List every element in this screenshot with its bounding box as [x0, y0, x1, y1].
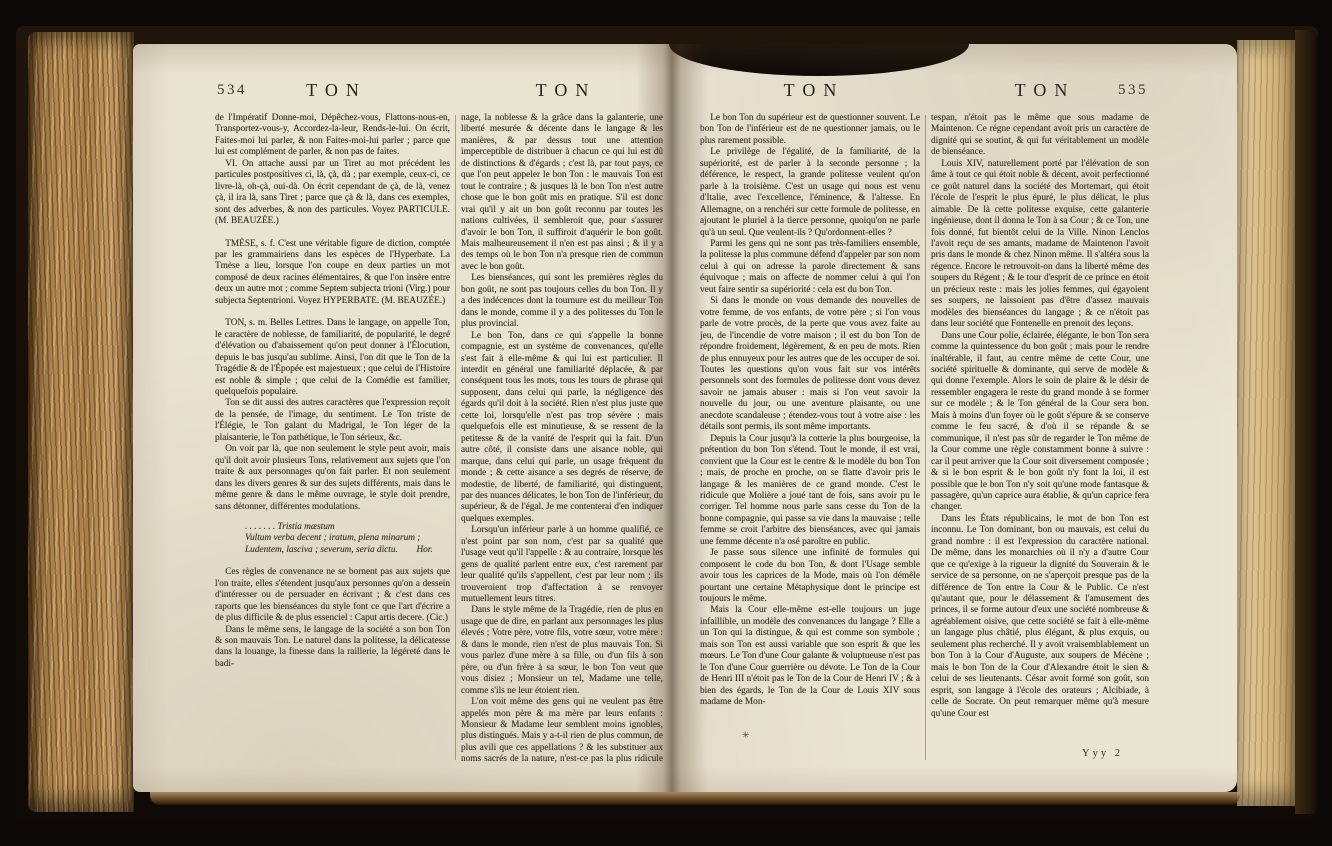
paragraph: Le privilège de l'égalité, de la familia… [700, 147, 920, 239]
page-right-content: TON TON 535 Le bon Ton du supérieur est … [700, 80, 1150, 765]
paragraph: Les bienséances, qui sont les premières … [461, 273, 663, 330]
press-figure-mark: ✳ [742, 730, 750, 741]
paragraph: L'on voit même des gens qui ne veulent p… [461, 697, 663, 765]
text-columns: de l'Impératif Donne-moi, Dépêchez-vous,… [215, 113, 665, 765]
page-spread: 534 TON TON de l'Impératif Donne-moi, Dé… [133, 44, 1237, 792]
paragraph: nage, la noblesse & la grâce dans la gal… [461, 113, 663, 273]
paragraph: VI. On attache aussi par un Tiret au mot… [215, 159, 450, 228]
page-number: 535 [1118, 82, 1148, 99]
running-head: TON [298, 80, 367, 101]
paragraph: Le bon Ton du supérieur est de questionn… [700, 113, 920, 147]
running-head-slot: TON [461, 80, 663, 110]
text-columns: Le bon Ton du supérieur est de questionn… [700, 113, 1150, 765]
paragraph: Ludentem, lasciva ; severum, seria dictu… [245, 545, 450, 556]
paragraph: tespan, n'étoit pas le même que sous mad… [931, 113, 1149, 159]
page-left-534: 534 TON TON de l'Impératif Donne-moi, Dé… [133, 44, 672, 792]
paragraph: Ces règles de convenance ne se bornent p… [215, 567, 450, 624]
paragraph: Le bon Ton, dans ce qui s'appelle la bon… [461, 331, 663, 526]
running-head: TON [776, 80, 845, 101]
page-right-header: TON TON 535 [700, 80, 1150, 110]
paragraph: Depuis la Cour jusqu'à la cotterie la pl… [700, 434, 920, 549]
running-head-slot: TON [215, 80, 450, 110]
page-block-bottom-edge [150, 792, 1240, 805]
running-head-slot: TON [700, 80, 920, 110]
text-column: Le bon Ton du supérieur est de questionn… [700, 113, 920, 765]
text-column: de l'Impératif Donne-moi, Dépêchez-vous,… [215, 113, 450, 765]
paragraph: Vultum verba decent ; iratum, plena mina… [245, 533, 450, 544]
page-left-content: 534 TON TON de l'Impératif Donne-moi, Dé… [215, 80, 665, 765]
text-column: tespan, n'étoit pas le même que sous mad… [931, 113, 1149, 765]
paragraph: Dans le style même de la Tragédie, rien … [461, 605, 663, 697]
paragraph: Dans les États républicains, le mot de b… [931, 514, 1149, 720]
paragraph: Louis XIV, naturellement porté par l'élé… [931, 159, 1149, 331]
paragraph: Je passe sous silence une infinité de fo… [700, 548, 920, 605]
page-left-header: 534 TON TON [215, 80, 665, 110]
book-cover-right-board [1295, 30, 1318, 814]
page-block-left-edge [28, 32, 134, 812]
paragraph: On voit par là, que non seulement le sty… [215, 444, 450, 513]
page-block-right-edge [1237, 40, 1295, 806]
text-column: nage, la noblesse & la grâce dans la gal… [461, 113, 663, 765]
running-head: TON [528, 80, 597, 101]
open-book-photo: 534 TON TON de l'Impératif Donne-moi, Dé… [0, 0, 1332, 846]
paragraph: Dans le même sens, le langage de la soci… [215, 625, 450, 671]
paragraph: Si dans le monde on vous demande des nou… [700, 296, 920, 433]
paragraph: TMÈSE, s. f. C'est une véritable figure … [215, 239, 450, 308]
paragraph: Ton se dit aussi des autres caractères q… [215, 398, 450, 444]
gathering-signature: Yyy 2 [1082, 748, 1123, 759]
running-head: TON [1007, 80, 1076, 101]
paragraph: Mais la Cour elle-même est-elle toujours… [700, 605, 920, 708]
paragraph: . . . . . . . Tristia mæstum [245, 522, 450, 533]
page-right-535: TON TON 535 Le bon Ton du supérieur est … [672, 44, 1237, 792]
paragraph: Lorsqu'un inférieur parle à un homme qua… [461, 525, 663, 605]
paragraph: de l'Impératif Donne-moi, Dépêchez-vous,… [215, 113, 450, 159]
paragraph: Parmi les gens qui ne sont pas très-fami… [700, 239, 920, 296]
paragraph: TON, s. m. Belles Lettres. Dans le langa… [215, 318, 450, 398]
page-number: 534 [217, 82, 247, 99]
paragraph: Dans une Cour polie, éclairée, élégante,… [931, 331, 1149, 514]
column-rule [455, 115, 456, 760]
column-rule [925, 115, 926, 760]
